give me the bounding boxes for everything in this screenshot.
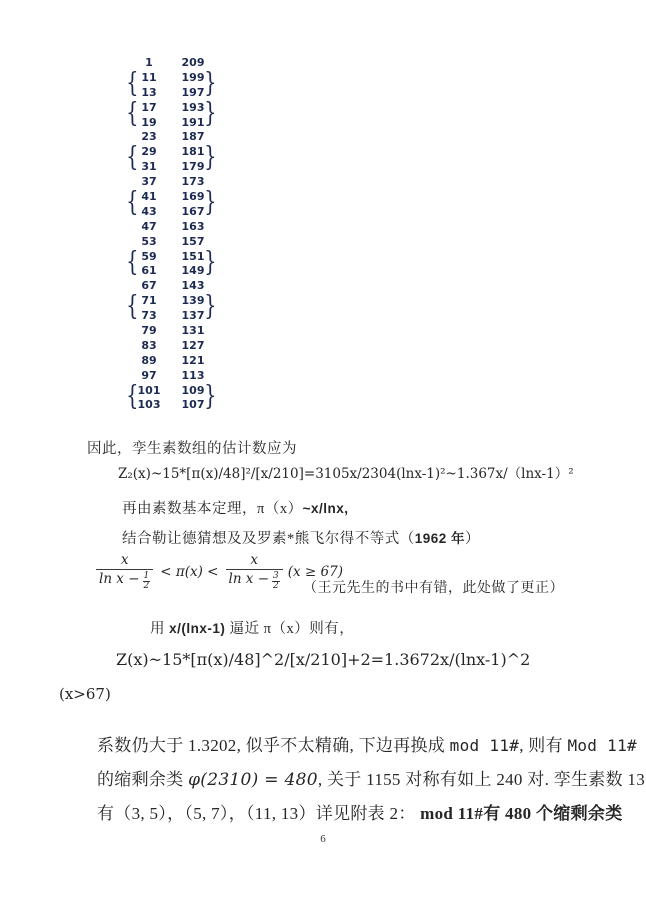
page-number: 6 — [0, 833, 646, 845]
residue-left: 17 — [136, 101, 162, 114]
pair-brace-right: } — [205, 68, 217, 99]
approx-text-a: 用 — [150, 621, 169, 637]
coef-l3-bold: mod 11#有 480 个缩剩余类 — [420, 804, 622, 823]
residue-left: 43 — [136, 205, 162, 218]
table-row: 23187 — [136, 129, 210, 144]
residue-left: 37 — [136, 175, 162, 188]
pair-brace-left: { — [126, 381, 138, 412]
coef-l1-mod: mod 11# — [450, 736, 520, 755]
small-fraction-den: 2 — [272, 582, 280, 591]
coefficient-line-1: 系数仍大于 1.3202, 似乎不太精确, 下边再换成 mod 11#, 则有 … — [97, 729, 646, 763]
approx-text-b: 逼近 π（x）则有， — [225, 621, 354, 637]
coef-l1-text-b: , 则有 — [519, 736, 567, 755]
fraction-left-numerator: x — [96, 552, 153, 569]
approximation-line: 用 x/(lnx-1) 逼近 π（x）则有， — [150, 617, 354, 638]
table-row: 41169 — [136, 189, 210, 204]
pair-brace-left: { — [126, 143, 138, 174]
coefficient-line-3: 有（3, 5），（5, 7），（11, 13）详见附表 2： mod 11#有 … — [97, 797, 646, 831]
pair-brace-right: } — [205, 381, 217, 412]
fraction-left-denominator: ln x −12 — [96, 569, 153, 591]
residue-left: 83 — [136, 339, 162, 352]
pair-brace-right: } — [205, 187, 217, 218]
legendre-line: 结合勒让德猜想及及罗素*熊飞尔得不等式（1962 年） — [122, 527, 480, 548]
legendre-close: ） — [465, 531, 480, 547]
fraction-right-numerator: x — [226, 552, 283, 569]
fraction-right-denominator: ln x −32 — [226, 569, 283, 591]
table-row: 19191 — [136, 115, 210, 130]
twin-pair-group: 4116943167{} — [136, 189, 210, 219]
coefficient-paragraph: 系数仍大于 1.3202, 似乎不太精确, 下边再换成 mod 11#, 则有 … — [97, 729, 646, 831]
fraction-right-den-text: ln x − — [229, 571, 270, 587]
table-row: 73137 — [136, 308, 210, 323]
pair-brace-left: { — [126, 187, 138, 218]
residue-left: 23 — [136, 130, 162, 143]
residue-left: 1 — [136, 56, 162, 69]
residue-left: 11 — [136, 71, 162, 84]
legendre-year: 1962 年 — [415, 531, 465, 546]
fraction-right: x ln x −32 — [226, 552, 283, 591]
pair-brace-left: { — [126, 68, 138, 99]
twin-pair-group: 101109103107{} — [136, 383, 210, 413]
approx-bold-expression: x/(lnx-1) — [169, 621, 225, 636]
residue-left: 31 — [136, 160, 162, 173]
table-row: 67143 — [136, 278, 210, 293]
residue-left: 61 — [136, 264, 162, 277]
fraction-left: x ln x −12 — [96, 552, 153, 591]
table-row: 29181 — [136, 144, 210, 159]
table-row: 43167 — [136, 204, 210, 219]
residue-right: 163 — [176, 220, 210, 233]
prime-theorem-line: 再由素数基本定理，π（x）~x/lnx, — [122, 497, 348, 518]
table-row: 103107 — [136, 397, 210, 412]
twin-pair-group: 7113973137{} — [136, 293, 210, 323]
table-row: 83127 — [136, 338, 210, 353]
inequality-middle: < π(x) < — [160, 564, 218, 580]
residue-right: 127 — [176, 339, 210, 352]
table-row: 59151 — [136, 249, 210, 264]
pair-brace-right: } — [205, 98, 217, 129]
residue-left: 103 — [136, 398, 162, 411]
table-row: 61149 — [136, 263, 210, 278]
formula-z2: Z₂(x)~15*[π(x)/48]²/[x/210]=3105x/2304(l… — [118, 462, 574, 482]
table-row: 97113 — [136, 368, 210, 383]
fraction-left-den-text: ln x − — [99, 571, 140, 587]
intro-line: 因此，孪生素数组的估计数应为 — [87, 437, 297, 458]
table-row: 71139 — [136, 293, 210, 308]
coef-l2-text-a: 的缩剩余类 — [97, 770, 188, 789]
prime-theorem-text: 再由素数基本定理，π（x） — [122, 501, 303, 517]
table-row: 17193 — [136, 100, 210, 115]
twin-pair-group: 1119913197{} — [136, 70, 210, 100]
coef-l1-text-a: 系数仍大于 1.3202, 似乎不太精确, 下边再换成 — [97, 736, 450, 755]
correction-note: （王元先生的书中有错，此处做了更正） — [303, 577, 564, 597]
small-fraction-half: 12 — [143, 572, 151, 592]
small-fraction-den: 2 — [143, 582, 151, 591]
coef-l1-mod2: Mod 11# — [567, 736, 637, 755]
residue-right: 131 — [176, 324, 210, 337]
pair-brace-right: } — [205, 292, 217, 323]
pair-brace-right: } — [205, 143, 217, 174]
residue-left: 73 — [136, 309, 162, 322]
coef-l2-text-b: , 关于 1155 对称有如上 240 对. 孪生素数 135 对, 另 — [318, 770, 646, 789]
table-row: 37173 — [136, 174, 210, 189]
prime-theorem-bold: ~x/lnx, — [303, 501, 349, 516]
pair-brace-right: } — [205, 247, 217, 278]
domain-condition: (x>67) — [59, 685, 111, 703]
table-row: 31179 — [136, 159, 210, 174]
residue-left: 59 — [136, 250, 162, 263]
pair-brace-left: { — [126, 247, 138, 278]
table-row: 79131 — [136, 323, 210, 338]
pair-brace-left: { — [126, 292, 138, 323]
residue-left: 47 — [136, 220, 162, 233]
table-row: 53157 — [136, 234, 210, 249]
table-row: 1209 — [136, 55, 210, 70]
table-row: 13197 — [136, 85, 210, 100]
pair-brace-left: { — [126, 98, 138, 129]
coef-l2-phi: φ(2310) = 480 — [188, 770, 318, 790]
residue-left: 101 — [136, 384, 162, 397]
table-row: 89121 — [136, 353, 210, 368]
twin-pair-group: 1719319191{} — [136, 100, 210, 130]
small-fraction-three-halves: 32 — [272, 572, 280, 592]
formula-z: Z(x)~15*[π(x)/48]^2/[x/210]+2=1.3672x/(l… — [116, 650, 530, 669]
table-row: 101109 — [136, 383, 210, 398]
table-row: 11199 — [136, 70, 210, 85]
residue-left: 29 — [136, 145, 162, 158]
residue-left: 97 — [136, 369, 162, 382]
coefficient-line-2: 的缩剩余类 φ(2310) = 480, 关于 1155 对称有如上 240 对… — [97, 763, 646, 798]
residue-left: 53 — [136, 235, 162, 248]
residue-left: 79 — [136, 324, 162, 337]
twin-pair-group: 5915161149{} — [136, 249, 210, 279]
residue-left: 71 — [136, 294, 162, 307]
legendre-text: 结合勒让德猜想及及罗素*熊飞尔得不等式（ — [122, 531, 415, 547]
residue-right: 121 — [176, 354, 210, 367]
twin-prime-residue-table: 12091119913197{}1719319191{}231872918131… — [136, 55, 210, 412]
residue-left: 41 — [136, 190, 162, 203]
residue-left: 67 — [136, 279, 162, 292]
residue-left: 89 — [136, 354, 162, 367]
table-row: 47163 — [136, 219, 210, 234]
document-page: 12091119913197{}1719319191{}231872918131… — [0, 0, 646, 906]
residue-left: 13 — [136, 86, 162, 99]
coef-l3-text: 有（3, 5），（5, 7），（11, 13）详见附表 2： — [97, 804, 420, 823]
residue-left: 19 — [136, 116, 162, 129]
twin-pair-group: 2918131179{} — [136, 144, 210, 174]
